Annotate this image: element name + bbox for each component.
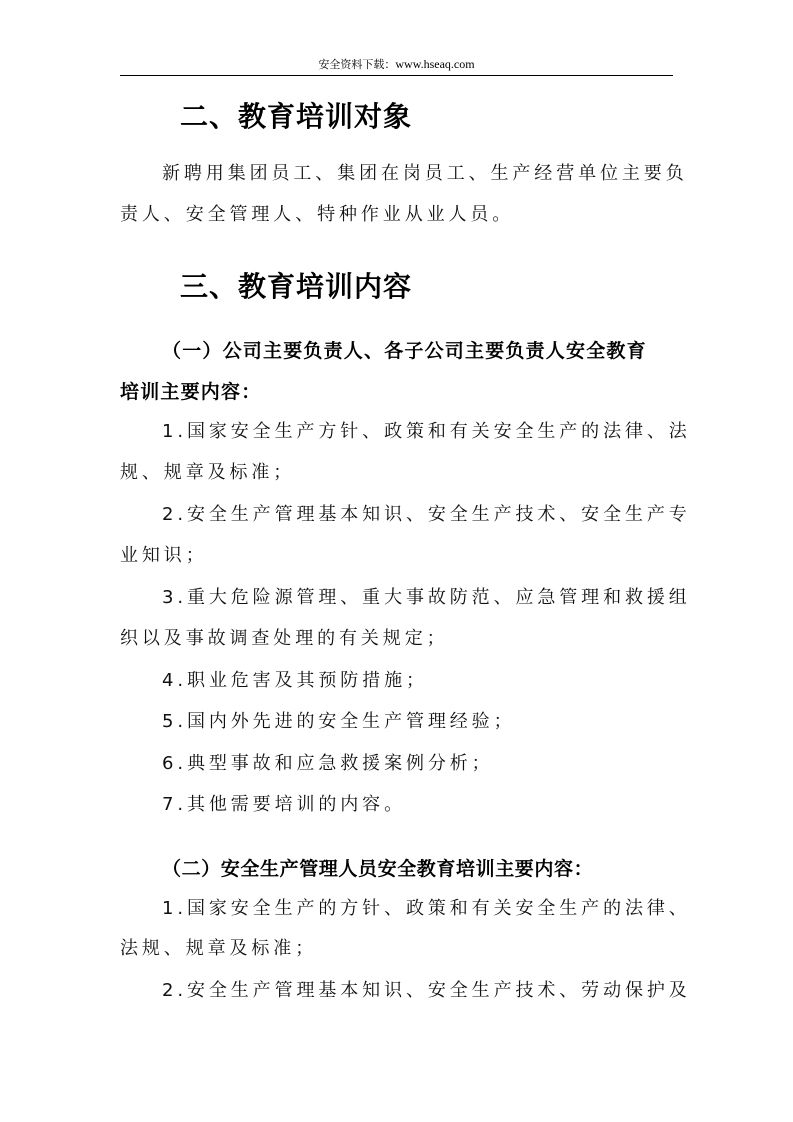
list-item-7: 7.其他需要培训的内容。: [162, 793, 406, 817]
list-item-1-cont: 规、规章及标准；: [120, 461, 295, 485]
list-item-1: 1.国家安全生产方针、政策和有关安全生产的法律、法: [162, 420, 691, 444]
subsection-title-1: （一）公司主要负责人、各子公司主要负责人安全教育: [162, 339, 647, 363]
header-url: www.hseaq.com: [395, 57, 474, 71]
list-item-3: 3.重大危险源管理、重大事故防范、应急管理和救援组: [162, 586, 691, 610]
paragraph-line: 新聘用集团员工、集团在岗员工、生产经营单位主要负: [162, 162, 688, 186]
list-item-4: 4.职业危害及其预防措施；: [162, 669, 428, 693]
list-item-2: 2.安全生产管理基本知识、安全生产技术、劳动保护及: [162, 979, 691, 1003]
list-item-2-cont: 业知识；: [120, 544, 208, 568]
list-item-1-cont: 法规、规章及标准；: [120, 937, 317, 961]
subsection-title-2: （二）安全生产管理人员安全教育培训主要内容：: [162, 857, 593, 881]
section-title-training-content: 三、教育培训内容: [180, 270, 412, 304]
list-item-1: 1.国家安全生产的方针、政策和有关安全生产的法律、: [162, 897, 691, 921]
section-title-training-targets: 二、教育培训对象: [180, 100, 412, 134]
list-item-6: 6.典型事故和应急救援案例分析；: [162, 752, 494, 776]
list-item-3-cont: 织以及事故调查处理的有关规定；: [120, 627, 449, 651]
header-label: 安全资料下载：: [318, 58, 395, 71]
page-header: 安全资料下载：www.hseaq.com: [120, 57, 673, 76]
list-item-2: 2.安全生产管理基本知识、安全生产技术、安全生产专: [162, 503, 691, 527]
list-item-5: 5.国内外先进的安全生产管理经验；: [162, 710, 515, 734]
subsection-title-1-cont: 培训主要内容：: [120, 380, 261, 404]
paragraph-line: 责人、安全管理人、特种作业从业人员。: [120, 203, 514, 227]
